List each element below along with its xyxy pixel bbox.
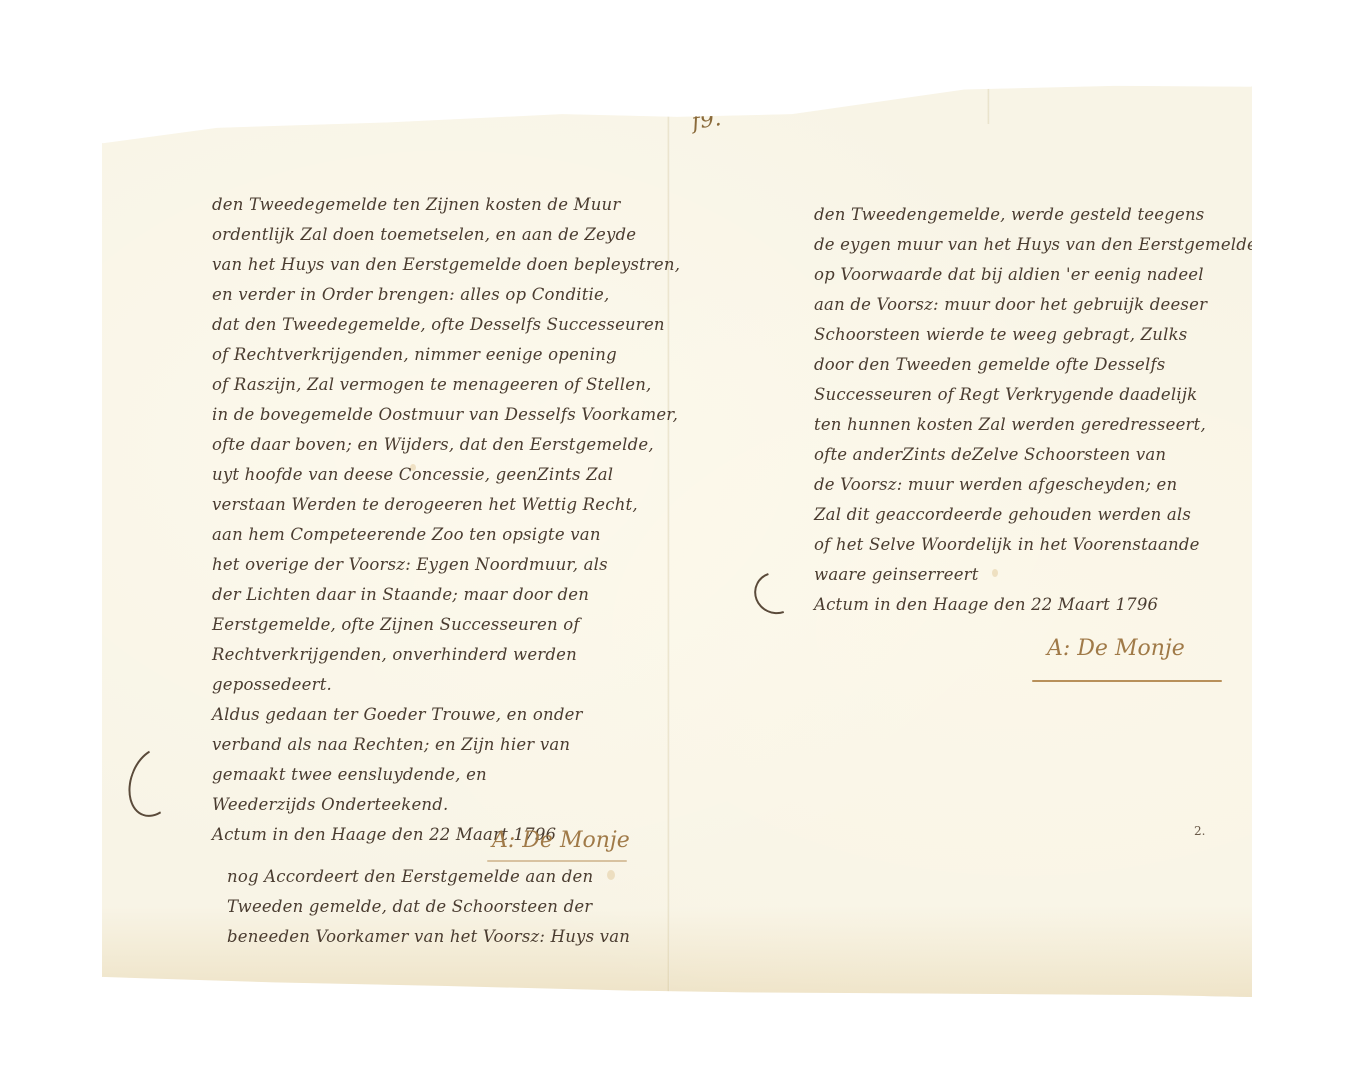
text-line: of Raszijn, Zal vermogen te menageeren o… [212, 370, 652, 400]
center-fold [667, 84, 670, 997]
text-line: en verder in Order brengen: alles op Con… [212, 280, 652, 310]
text-line: beneeden Voorkamer van het Voorsz: Huys … [227, 922, 647, 952]
text-line: Schoorsteen wierde te weeg gebragt, Zulk… [814, 320, 1244, 350]
dated-line: Actum in den Haage den 22 Maart 1796 [814, 590, 1244, 620]
text-line: of het Selve Woordelijk in het Voorensta… [814, 530, 1244, 560]
text-line: de Voorsz: muur werden afgescheyden; en [814, 470, 1244, 500]
text-line: ofte daar boven; en Wijders, dat den Eer… [212, 430, 652, 460]
text-line: den Tweedengemelde, werde gesteld teegen… [814, 200, 1244, 230]
left-column: den Tweedegemelde ten Zijnen kosten de M… [212, 190, 652, 850]
paragraph-flourish [119, 740, 191, 825]
text-line: in de bovegemelde Oostmuur van Desselfs … [212, 400, 652, 430]
text-line: Successeuren of Regt Verkrygende daadeli… [814, 380, 1244, 410]
marginal-mark: 2. [1194, 824, 1205, 838]
text-line: aan de Voorsz: muur door het gebruijk de… [814, 290, 1244, 320]
text-line: den Tweedegemelde ten Zijnen kosten de M… [212, 190, 652, 220]
text-line: van het Huys van den Eerstgemelde doen b… [212, 250, 652, 280]
signature-right: A: De Monje [1047, 636, 1185, 661]
text-line: gepossedeert. [212, 670, 652, 700]
text-line: Weederzijds Onderteekend. [212, 790, 652, 820]
signature-left: A: De Monje [492, 828, 630, 853]
text-line: Zal dit geaccordeerde gehouden werden al… [814, 500, 1244, 530]
right-column: den Tweedengemelde, werde gesteld teegen… [814, 200, 1244, 620]
document-sheet: f9. den Tweedegemelde ten Zijnen kosten … [102, 84, 1252, 997]
text-line: door den Tweeden gemelde ofte Desselfs [814, 350, 1244, 380]
text-line: ten hunnen kosten Zal werden geredressee… [814, 410, 1244, 440]
text-line: verband als naa Rechten; en Zijn hier va… [212, 730, 652, 760]
text-line: verstaan Werden te derogeeren het Wettig… [212, 490, 652, 520]
text-line: Tweeden gemelde, dat de Schoorsteen der [227, 892, 647, 922]
text-line: Aldus gedaan ter Goeder Trouwe, en onder [212, 700, 652, 730]
text-line: gemaakt twee eensluydende, en [212, 760, 652, 790]
folio-number: f9. [690, 106, 722, 135]
text-line: der Lichten daar in Staande; maar door d… [212, 580, 652, 610]
text-line: Eerstgemelde, ofte Zijnen Successeuren o… [212, 610, 652, 640]
text-line: ofte anderZints deZelve Schoorsteen van [814, 440, 1244, 470]
text-line: dat den Tweedegemelde, ofte Desselfs Suc… [212, 310, 652, 340]
text-line: het overige der Voorsz: Eygen Noordmuur,… [212, 550, 652, 580]
text-line: de eygen muur van het Huys van den Eerst… [814, 230, 1244, 260]
text-line: op Voorwaarde dat bij aldien 'er eenig n… [814, 260, 1244, 290]
text-line: Rechtverkrijgenden, onverhinderd werden [212, 640, 652, 670]
text-line: nog Accordeert den Eerstgemelde aan den [227, 862, 647, 892]
photo-stage: f9. den Tweedegemelde ten Zijnen kosten … [0, 0, 1351, 1080]
text-line: ordentlijk Zal doen toemetselen, en aan … [212, 220, 652, 250]
text-line: of Rechtverkrijgenden, nimmer eenige ope… [212, 340, 652, 370]
right-crease [987, 84, 990, 124]
text-line: waare geinserreert [814, 560, 1244, 590]
text-line: aan hem Competeerende Zoo ten opsigte va… [212, 520, 652, 550]
signature-underline [1032, 680, 1222, 682]
paragraph-flourish [747, 565, 805, 622]
text-line: uyt hoofde van deese Concessie, geenZint… [212, 460, 652, 490]
postscript: nog Accordeert den Eerstgemelde aan den … [227, 862, 647, 952]
